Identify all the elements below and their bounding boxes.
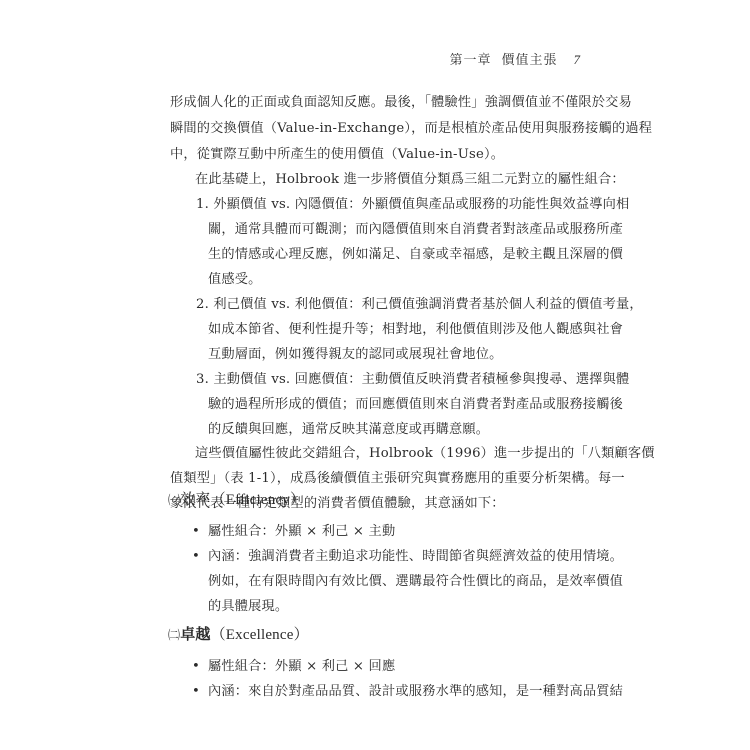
list-item-1-line: 關，通常具體而可觀測；而內隱價值則來自消費者對該產品或服務所產 bbox=[208, 222, 623, 238]
list-item-3-line: 3. 主動價值 vs. 回應價值：主動價值反映消費者積極參與搜尋、選擇與體 bbox=[196, 372, 629, 388]
section-number: ㈡ bbox=[168, 628, 180, 642]
bullet-item: 內涵：強調消費者主動追求功能性、時間節省與經濟效益的使用情境。 bbox=[208, 549, 623, 565]
list-item-1-line: 1. 外顯價值 vs. 內隱價值：外顯價值與產品或服務的功能性與效益導向相 bbox=[196, 197, 629, 213]
bullet-item-continuation: 的具體展現。 bbox=[208, 599, 288, 615]
body-text-line: 值類型」（表 1-1），成爲後續價值主張研究與實務應用的重要分析架構。每一 bbox=[170, 471, 625, 487]
chapter-title: 價值主張 bbox=[501, 53, 557, 68]
page-number: 7 bbox=[574, 52, 581, 67]
body-text-line: 在此基礎上，Holbrook 進一步將價值分類爲三組二元對立的屬性組合： bbox=[195, 172, 625, 188]
section-heading-excellence: ㈡卓越（Excellence） bbox=[168, 626, 309, 643]
section-english: （Excellence） bbox=[211, 627, 309, 643]
section-title: 效率 bbox=[180, 490, 210, 508]
section-heading-efficiency: ㈠效率（Efficiency） bbox=[168, 491, 305, 508]
list-item-1-line: 值感受。 bbox=[208, 272, 262, 288]
bullet-item: 屬性組合：外顯 × 利己 × 主動 bbox=[208, 524, 395, 540]
list-item-3-line: 驗的過程所形成的價值；而回應價值則來自消費者對產品或服務接觸後 bbox=[208, 397, 623, 413]
body-text-line: 中，從實際互動中所產生的使用價值（Value-in-Use）。 bbox=[170, 147, 504, 163]
bullet-item-continuation: 例如，在有限時間內有效比價、選購最符合性價比的商品，是效率價值 bbox=[208, 574, 623, 590]
list-item-2-line: 互動層面，例如獲得親友的認同或展現社會地位。 bbox=[208, 347, 503, 363]
bullet-item: 內涵：來自於對產品品質、設計或服務水準的感知，是一種對高品質結 bbox=[208, 684, 623, 700]
book-page: 第一章價值主張7 形成個人化的正面或負面認知反應。最後，「體驗性」強調價值並不僅… bbox=[0, 0, 750, 750]
body-text-line: 這些價值屬性彼此交錯組合，Holbrook（1996）進一步提出的「八類顧客價 bbox=[195, 446, 655, 462]
bullet-item: 屬性組合：外顯 × 利己 × 回應 bbox=[208, 659, 395, 675]
section-title: 卓越 bbox=[180, 625, 210, 643]
list-item-2-line: 2. 利己價值 vs. 利他價值：利己價值強調消費者基於個人利益的價值考量， bbox=[196, 297, 643, 313]
chapter-label: 第一章 bbox=[449, 53, 491, 68]
body-text-line: 形成個人化的正面或負面認知反應。最後，「體驗性」強調價值並不僅限於交易 bbox=[170, 95, 632, 111]
running-header: 第一章價值主張7 bbox=[440, 49, 580, 68]
section-english: （Efficiency） bbox=[211, 492, 306, 508]
list-item-3-line: 的反饋與回應，通常反映其滿意度或再購意願。 bbox=[208, 422, 489, 438]
body-text-line: 瞬間的交換價值（Value-in-Exchange），而是根植於產品使用與服務接… bbox=[170, 121, 652, 137]
list-item-1-line: 生的情感或心理反應，例如滿足、自豪或幸福感，是較主觀且深層的價 bbox=[208, 247, 623, 263]
list-item-2-line: 如成本節省、便利性提升等；相對地，利他價值則涉及他人觀感與社會 bbox=[208, 322, 623, 338]
section-number: ㈠ bbox=[168, 493, 180, 507]
